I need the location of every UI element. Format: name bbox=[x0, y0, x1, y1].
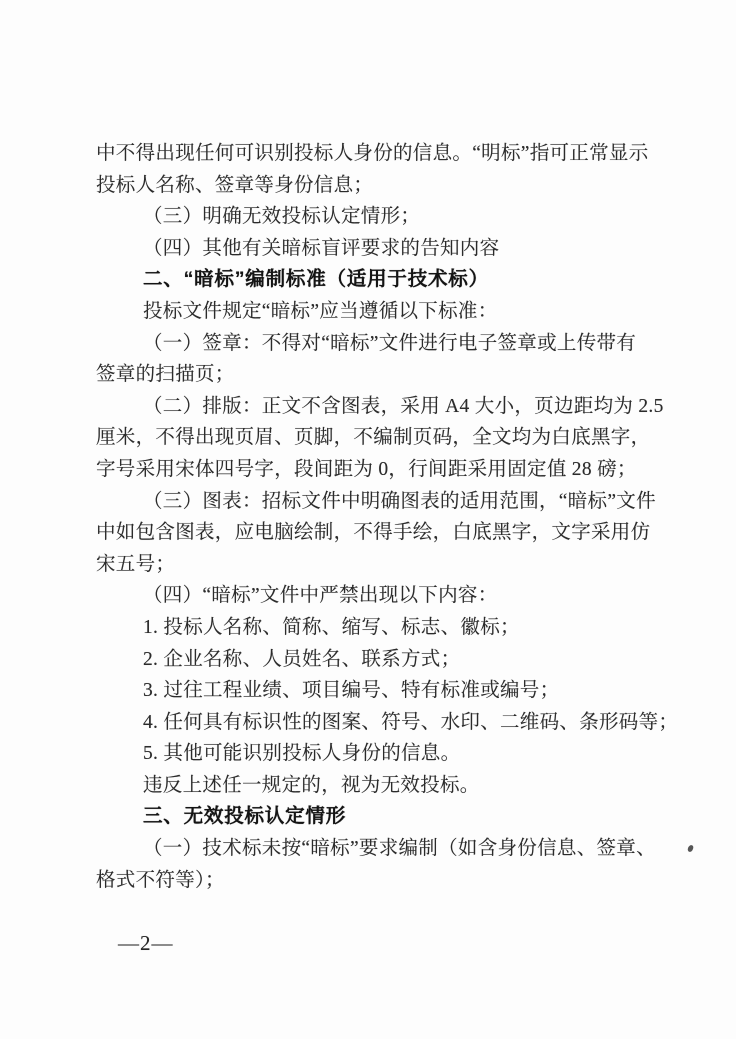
body-line: 厘米，不得出现页眉、页脚，不编制页码，全文均为白底黑字， bbox=[96, 422, 656, 454]
document-body: 中不得出现任何可识别投标人身份的信息。“明标”指可正常显示 投标人名称、签章等身… bbox=[96, 138, 656, 896]
body-line: （一）签章：不得对“暗标”文件进行电子签章或上传带有 bbox=[96, 328, 656, 360]
body-line: （二）排版：正文不含图表，采用 A4 大小，页边距均为 2.5 bbox=[96, 391, 656, 423]
body-line: （三）明确无效投标认定情形； bbox=[96, 201, 656, 233]
body-line: 格式不符等）； bbox=[96, 865, 656, 897]
list-item-line: 5. 其他可能识别投标人身份的信息。 bbox=[96, 738, 656, 770]
list-item-line: 4. 任何具有标识性的图案、符号、水印、二维码、条形码等； bbox=[96, 707, 656, 739]
body-line: 字号采用宋体四号字，段间距为 0，行间距采用固定值 28 磅； bbox=[96, 454, 656, 486]
list-item-line: 1. 投标人名称、简称、缩写、标志、徽标； bbox=[96, 612, 656, 644]
body-line: （四）其他有关暗标盲评要求的告知内容 bbox=[96, 233, 656, 265]
body-line: 宋五号； bbox=[96, 549, 656, 581]
section-heading: 二、“暗标”编制标准（适用于技术标） bbox=[96, 264, 656, 296]
list-item-line: 3. 过往工程业绩、项目编号、特有标准或编号； bbox=[96, 675, 656, 707]
body-line: （一）技术标未按“暗标”要求编制（如含身份信息、签章、 bbox=[96, 833, 656, 865]
body-line: 中不得出现任何可识别投标人身份的信息。“明标”指可正常显示 bbox=[96, 138, 656, 170]
body-line: （四）“暗标”文件中严禁出现以下内容： bbox=[96, 580, 656, 612]
body-line: 投标文件规定“暗标”应当遵循以下标准： bbox=[96, 296, 656, 328]
list-item-line: 2. 企业名称、人员姓名、联系方式； bbox=[96, 644, 656, 676]
document-page: 中不得出现任何可识别投标人身份的信息。“明标”指可正常显示 投标人名称、签章等身… bbox=[0, 0, 736, 1039]
body-line: 中如包含图表，应电脑绘制，不得手绘，白底黑字，文字采用仿 bbox=[96, 517, 656, 549]
body-line: 违反上述任一规定的，视为无效投标。 bbox=[96, 770, 656, 802]
section-heading: 三、无效投标认定情形 bbox=[96, 801, 656, 833]
body-line: 签章的扫描页； bbox=[96, 359, 656, 391]
body-line: 投标人名称、签章等身份信息； bbox=[96, 170, 656, 202]
body-line: （三）图表：招标文件中明确图表的适用范围，“暗标”文件 bbox=[96, 486, 656, 518]
ink-speck-artifact bbox=[687, 844, 694, 852]
page-number: —2— bbox=[118, 928, 174, 959]
